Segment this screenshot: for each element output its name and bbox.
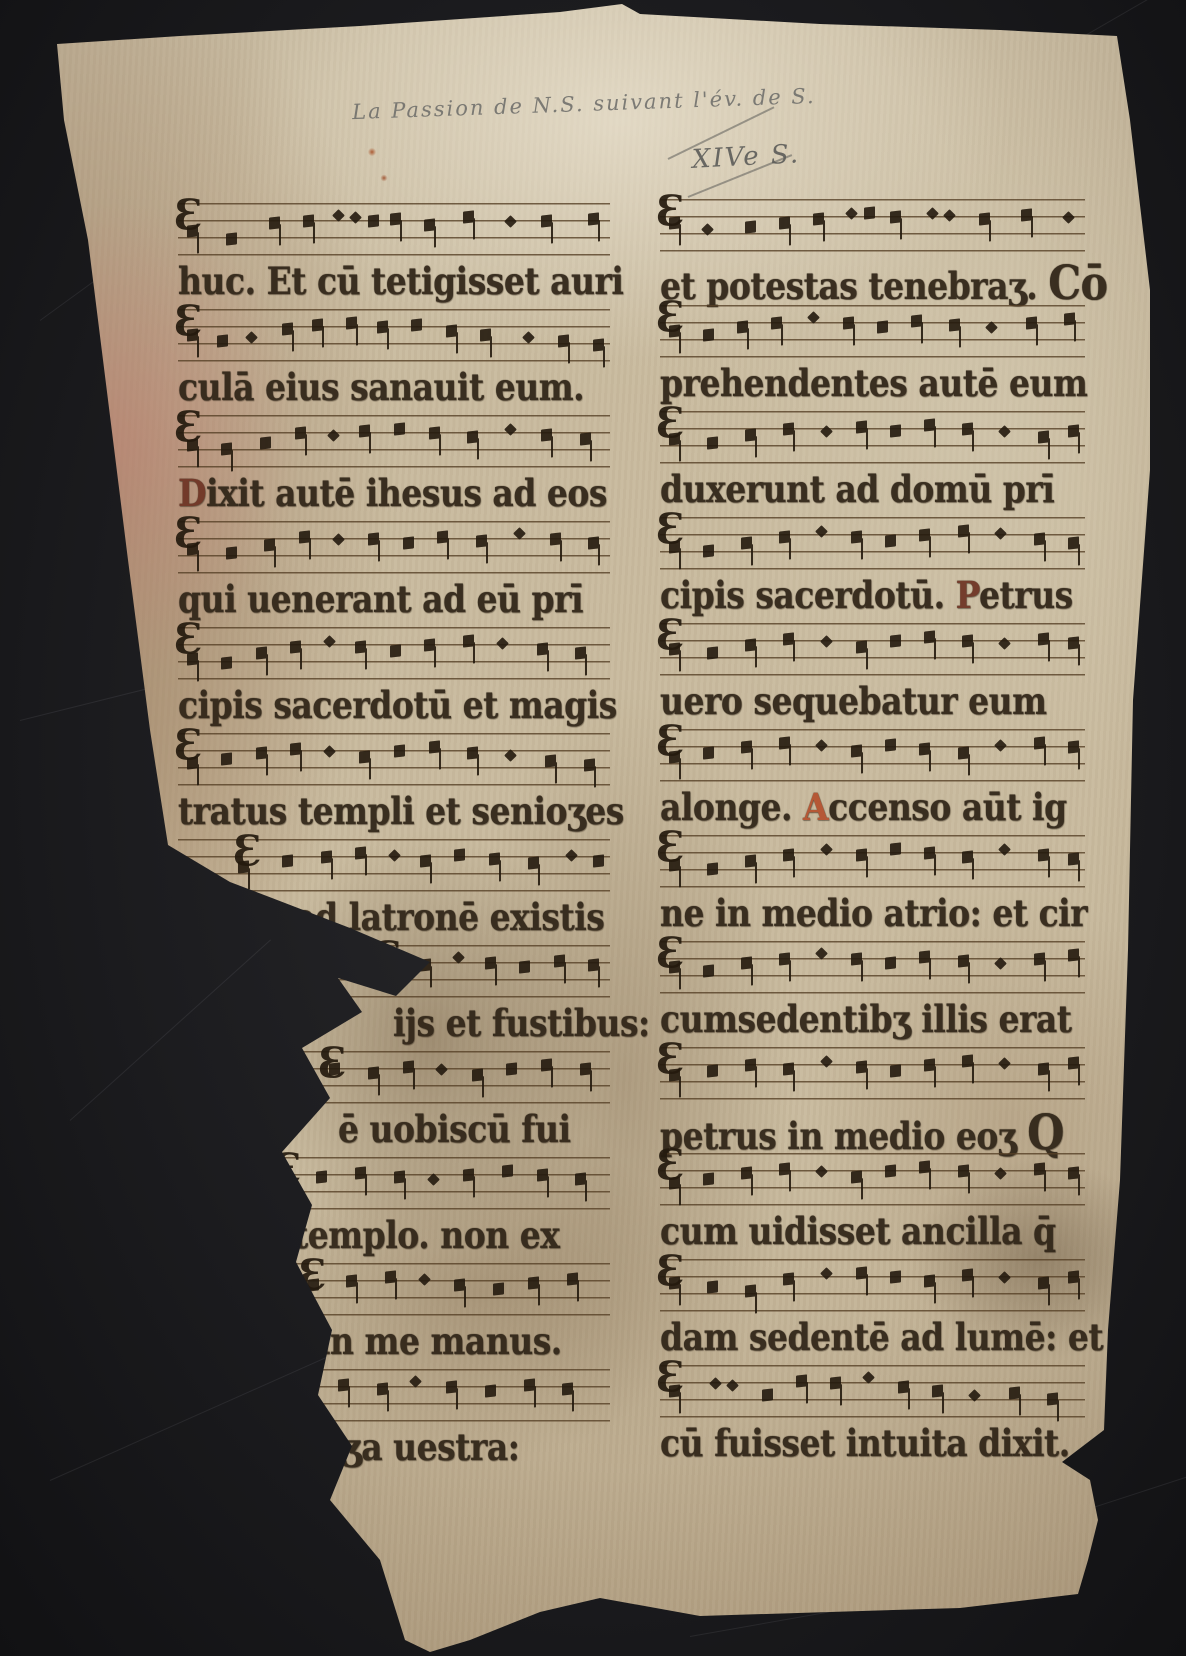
neume (919, 950, 930, 963)
neume (979, 212, 990, 225)
neume (295, 426, 306, 439)
neume (911, 314, 922, 327)
neume (329, 1062, 340, 1075)
neume (467, 746, 478, 759)
neume (226, 546, 237, 559)
music-staff: Ɛ (178, 1051, 610, 1104)
music-system: Ɛpetrus in medio eoʒ Q (660, 1047, 1085, 1153)
neume (669, 750, 680, 763)
neume (522, 331, 535, 344)
neume (843, 316, 854, 329)
neume (351, 958, 362, 971)
neume (290, 1068, 301, 1081)
music-system: Ɛne in medio atrio: et cir (660, 835, 1085, 941)
neume (504, 749, 517, 762)
neume (707, 436, 718, 449)
neume (741, 956, 752, 969)
neume (703, 1172, 714, 1185)
neume (851, 952, 862, 965)
neume (669, 540, 680, 553)
neume (890, 1064, 901, 1077)
music-staff: Ɛ (178, 1157, 610, 1210)
lyric-text: ijs et fustibus: (393, 1002, 650, 1046)
neume (418, 1273, 431, 1286)
neume (435, 1063, 448, 1076)
neume (420, 958, 431, 971)
music-system: Ɛtratus templi et senioʒes (178, 733, 610, 839)
neume (394, 744, 405, 757)
lyric-line: templo. non ex (293, 1214, 559, 1258)
music-system: Ɛcum uidisset ancilla q̄ (660, 1153, 1085, 1259)
neume (506, 1062, 517, 1075)
lyric-text: cumsedentibʒ illis erat (660, 998, 1072, 1042)
music-system: Ɛhuc. Et cū tetigisset auri (178, 203, 610, 309)
neume (762, 1388, 773, 1401)
neume (390, 644, 401, 657)
neume (856, 1060, 867, 1073)
lyric-line: ijs et fustibus: (393, 1002, 650, 1046)
neume (707, 862, 718, 875)
lyric-text: culā eius sanauit eum. (178, 366, 584, 410)
neume (815, 525, 828, 538)
neume (264, 538, 275, 551)
neume (256, 1388, 267, 1401)
neume (815, 1165, 828, 1178)
neume (741, 1166, 752, 1179)
neume (851, 530, 862, 543)
neume (745, 638, 756, 651)
neume (707, 646, 718, 659)
neume (1021, 208, 1032, 221)
neume (545, 754, 556, 767)
neume (820, 1267, 833, 1280)
music-staff: Ɛ (178, 627, 610, 680)
neume (273, 1176, 284, 1189)
music-staff: Ɛ (178, 521, 610, 574)
music-staff: Ɛ (660, 729, 1085, 782)
neume (256, 646, 267, 659)
neume (264, 1284, 275, 1297)
neume (238, 860, 249, 873)
neume (394, 1170, 405, 1183)
neume (308, 964, 319, 977)
music-staff: Ɛ (178, 309, 610, 362)
neume (403, 536, 414, 549)
neume (669, 1068, 680, 1081)
neume (669, 324, 680, 337)
neume (998, 843, 1011, 856)
scratch-mark (70, 939, 271, 1120)
neume (446, 1380, 457, 1393)
neume (669, 1384, 680, 1397)
neume (962, 850, 973, 863)
neume (1034, 736, 1045, 749)
lyric-text: cipis sacerdotū et magis (178, 684, 617, 728)
neume (323, 635, 336, 648)
neume (588, 958, 599, 971)
neume (856, 640, 867, 653)
neume (565, 849, 578, 862)
neume (1038, 1062, 1049, 1075)
lyric-line: cipis sacerdotū. Petrus (660, 574, 1073, 618)
neume (187, 652, 198, 665)
neume (703, 544, 714, 557)
neume (783, 632, 794, 645)
neume (411, 318, 422, 331)
neume (359, 750, 370, 763)
music-staff: Ɛ (660, 941, 1085, 994)
neume (390, 212, 401, 225)
neume (737, 320, 748, 333)
neume (813, 212, 824, 225)
neume (851, 1170, 862, 1183)
neume (321, 850, 332, 863)
neume (962, 634, 973, 647)
neume (998, 1271, 1011, 1284)
music-staff: Ɛ (660, 1259, 1085, 1312)
neume (962, 1054, 973, 1067)
neume (541, 428, 552, 441)
neume (877, 320, 888, 333)
neume (424, 218, 435, 231)
neume (567, 1272, 578, 1285)
neume (1047, 1392, 1058, 1405)
neume (359, 424, 370, 437)
lyric-text: etrus (979, 574, 1073, 618)
neume (580, 1062, 591, 1075)
neume (316, 1170, 327, 1183)
neume (856, 848, 867, 861)
music-staff: Ɛ (660, 199, 1085, 252)
neume (187, 328, 198, 341)
neume (985, 321, 998, 334)
music-system: Ɛdam sedentē ad lumē: et (660, 1259, 1085, 1365)
neume (771, 316, 782, 329)
music-staff: Ɛ (660, 411, 1085, 464)
neume (187, 756, 198, 769)
music-staff: Ɛ (660, 623, 1085, 676)
music-system: Ɛet potestas tenebraʒ. Cō (660, 199, 1085, 305)
neume (707, 1064, 718, 1077)
neume (994, 739, 1007, 752)
neume (355, 846, 366, 859)
neume (1068, 1056, 1079, 1069)
music-system: Ɛculā eius sanauit eum. (178, 309, 610, 415)
c-clef-icon: Ɛ (373, 937, 402, 979)
neume (541, 1058, 552, 1071)
neume (269, 216, 280, 229)
music-system: Ɛqui uenerant ad eū prī (178, 521, 610, 627)
scratch-mark (50, 1350, 343, 1481)
neume (256, 746, 267, 759)
neume (260, 436, 271, 449)
neume (221, 752, 232, 765)
neume (303, 214, 314, 227)
neume (424, 638, 435, 651)
neume (926, 207, 939, 220)
neume (368, 1066, 379, 1079)
lyric-line: culā eius sanauit eum. (178, 366, 584, 410)
music-staff: Ɛ (660, 305, 1085, 358)
music-staff: Ɛ (660, 1365, 1085, 1418)
neume (669, 216, 680, 229)
music-system: Ɛcipis sacerdotū et magis (178, 627, 610, 733)
neume (783, 1272, 794, 1285)
neume (226, 232, 237, 245)
neume (745, 854, 756, 867)
neume (1068, 948, 1079, 961)
music-staff: Ɛ (660, 835, 1085, 888)
music-system: Ɛalonge. Accenso aūt ig (660, 729, 1085, 835)
neume (403, 1060, 414, 1073)
music-system: Ɛhoʒa uestra: (178, 1369, 610, 1475)
neume (580, 432, 591, 445)
neume (355, 1166, 366, 1179)
neume (845, 207, 858, 220)
neume (429, 426, 440, 439)
neume (890, 424, 901, 437)
neume (485, 956, 496, 969)
neume (355, 640, 366, 653)
music-staff: Ɛ (178, 1263, 610, 1316)
lyric-line: duxerunt ad domū prī (660, 468, 1054, 512)
neume (584, 758, 595, 771)
neume (919, 1160, 930, 1173)
pencil-annotation-title: La Passion de N.S. suivant l'év. de S. (352, 84, 816, 124)
neume (924, 630, 935, 643)
music-system: Ɛtemplo. non ex (178, 1157, 610, 1263)
neume (994, 1167, 1007, 1180)
neume (524, 1378, 535, 1391)
neume (519, 960, 530, 973)
lyric-text: ē uobiscū fui (338, 1108, 571, 1152)
neume (885, 534, 896, 547)
neume (463, 634, 474, 647)
neume (779, 952, 790, 965)
lyric-text: si ad latronē existis (253, 896, 604, 940)
neume (820, 843, 833, 856)
neume (820, 1055, 833, 1068)
photo-background: La Passion de N.S. suivant l'év. de S. X… (0, 0, 1186, 1656)
neume (783, 848, 794, 861)
lyric-line: cipis sacerdotū et magis (178, 684, 617, 728)
music-system: Ɛuero sequebatur eum (660, 623, 1085, 729)
neume (924, 846, 935, 859)
neume (958, 746, 969, 759)
neume (427, 1173, 440, 1186)
neume (779, 530, 790, 543)
neume (958, 1164, 969, 1177)
neume (332, 209, 345, 222)
neume (783, 422, 794, 435)
lyric-line: uero sequebatur eum (660, 680, 1047, 724)
lyric-text: qui uenerant ad eū prī (178, 578, 583, 622)
neume (1026, 316, 1037, 329)
neume (368, 532, 379, 545)
neume (377, 1382, 388, 1395)
neume (741, 536, 752, 549)
neume (558, 334, 569, 347)
neume (890, 1270, 901, 1283)
lyric-line: qui uenerant ad eū prī (178, 578, 583, 622)
neume (221, 442, 232, 455)
lyric-text: prehendentes autē eum (660, 362, 1087, 406)
neume (1068, 1270, 1079, 1283)
neume (299, 530, 310, 543)
neume (968, 1389, 981, 1402)
neume (282, 322, 293, 335)
neume (830, 1376, 841, 1389)
lyric-text: cum uidisset ancilla q̄ (660, 1210, 1056, 1254)
lyric-text: et potestas tenebraʒ. (660, 265, 1048, 309)
neume (745, 220, 756, 233)
c-clef-icon: Ɛ (273, 1149, 302, 1191)
neume (1038, 1276, 1049, 1289)
neume (485, 1384, 496, 1397)
neume (385, 954, 396, 967)
lyric-line: et potestas tenebraʒ. Cō (660, 256, 1108, 311)
neume (1068, 424, 1079, 437)
neume (745, 1284, 756, 1297)
lyric-line: ne in medio atrio: et cir (660, 892, 1087, 936)
music-staff: Ɛ (178, 839, 610, 892)
music-staff: Ɛ (178, 1369, 610, 1422)
neume (394, 422, 405, 435)
neume (703, 964, 714, 977)
neume (290, 640, 301, 653)
neume (550, 532, 561, 545)
neume (323, 745, 336, 758)
neume (885, 738, 896, 751)
neume (1034, 1162, 1045, 1175)
neume (807, 311, 820, 324)
lyric-line: cum uidisset ancilla q̄ (660, 1210, 1056, 1254)
neume (454, 1278, 465, 1291)
neume (327, 429, 340, 442)
lyric-line: huc. Et cū tetigisset auri (178, 260, 623, 304)
neume (290, 742, 301, 755)
neume (575, 646, 586, 659)
neume (385, 1270, 396, 1283)
music-system: ƐDixit autē ihesus ad eos (178, 415, 610, 521)
decorated-initial: P (956, 574, 979, 618)
neume (562, 1382, 573, 1395)
neume (489, 852, 500, 865)
neume (745, 428, 756, 441)
neume (346, 1274, 357, 1287)
neume (998, 1057, 1011, 1070)
left-column: Ɛhuc. Et cū tetigisset auriƐculā eius sa… (178, 203, 610, 1475)
neume (1068, 740, 1079, 753)
lyric-line: ē uobiscū fui (338, 1108, 571, 1152)
neume (377, 320, 388, 333)
neume (332, 533, 345, 546)
lyric-text: hoʒa uestra: (298, 1426, 519, 1470)
neume (388, 849, 401, 862)
lyric-line: alonge. Accenso aūt ig (660, 786, 1067, 830)
neume (890, 634, 901, 647)
neume (575, 1172, 586, 1185)
neume (1038, 848, 1049, 861)
neume (726, 1379, 739, 1392)
music-staff: Ɛ (178, 945, 610, 998)
neume (1068, 536, 1079, 549)
neume (493, 1282, 504, 1295)
neume (528, 1276, 539, 1289)
neume (453, 951, 466, 964)
neume (949, 318, 960, 331)
music-staff: Ɛ (178, 733, 610, 786)
lyric-line: cū fuisset intuita dixit. (660, 1422, 1070, 1466)
neume (707, 1280, 718, 1293)
neume (741, 740, 752, 753)
neume (815, 947, 828, 960)
lyric-text: dam sedentē ad lumē: et (660, 1316, 1103, 1360)
music-system: Ɛē uobiscū fui (178, 1051, 610, 1157)
neume (958, 524, 969, 537)
neume (299, 1382, 310, 1395)
lyric-text: in me manus. (318, 1320, 562, 1364)
neume (885, 956, 896, 969)
neume (783, 1062, 794, 1075)
neume (919, 528, 930, 541)
neume (338, 1378, 349, 1391)
neume (1038, 632, 1049, 645)
neume (669, 642, 680, 655)
lyric-line: hoʒa uestra: (298, 1426, 519, 1470)
lyric-text: templo. non ex (293, 1214, 559, 1258)
music-staff: Ɛ (660, 1047, 1085, 1100)
neume (924, 418, 935, 431)
lyric-line: si ad latronē existis (253, 896, 604, 940)
neume (504, 423, 517, 436)
neume (820, 635, 833, 648)
music-system: Ɛprehendentes autē eum (660, 305, 1085, 411)
lyric-line: cumsedentibʒ illis erat (660, 998, 1072, 1042)
neume (346, 316, 357, 329)
neume (349, 211, 362, 224)
neume (1064, 312, 1075, 325)
neume (502, 1164, 513, 1177)
neume (1009, 1386, 1020, 1399)
neume (932, 1384, 943, 1397)
lyric-text: huc. Et cū tetigisset auri (178, 260, 623, 304)
neume (245, 331, 258, 344)
neume (994, 527, 1007, 540)
lyric-line: Dixit autē ihesus ad eos (178, 472, 607, 516)
neume (588, 536, 599, 549)
neume (862, 1371, 875, 1384)
music-system: Ɛcipis sacerdotū. Petrus (660, 517, 1085, 623)
neume (943, 209, 956, 222)
neume (504, 215, 517, 228)
neume (537, 1168, 548, 1181)
neume (701, 223, 714, 236)
neume (669, 858, 680, 871)
music-system: Ɛijs et fustibus: (178, 945, 610, 1051)
lyric-text: uero sequebatur eum (660, 680, 1047, 724)
lyric-text: cū fuisset intuita dixit. (660, 1422, 1070, 1466)
neume (924, 1058, 935, 1071)
neume (745, 1058, 756, 1071)
music-system: Ɛsi ad latronē existis (178, 839, 610, 945)
neume (537, 642, 548, 655)
right-column: Ɛet potestas tenebraʒ. CōƐprehendentes a… (660, 199, 1085, 1471)
neume (1068, 852, 1079, 865)
neume (958, 954, 969, 967)
neume (1062, 211, 1075, 224)
neume (446, 324, 457, 337)
